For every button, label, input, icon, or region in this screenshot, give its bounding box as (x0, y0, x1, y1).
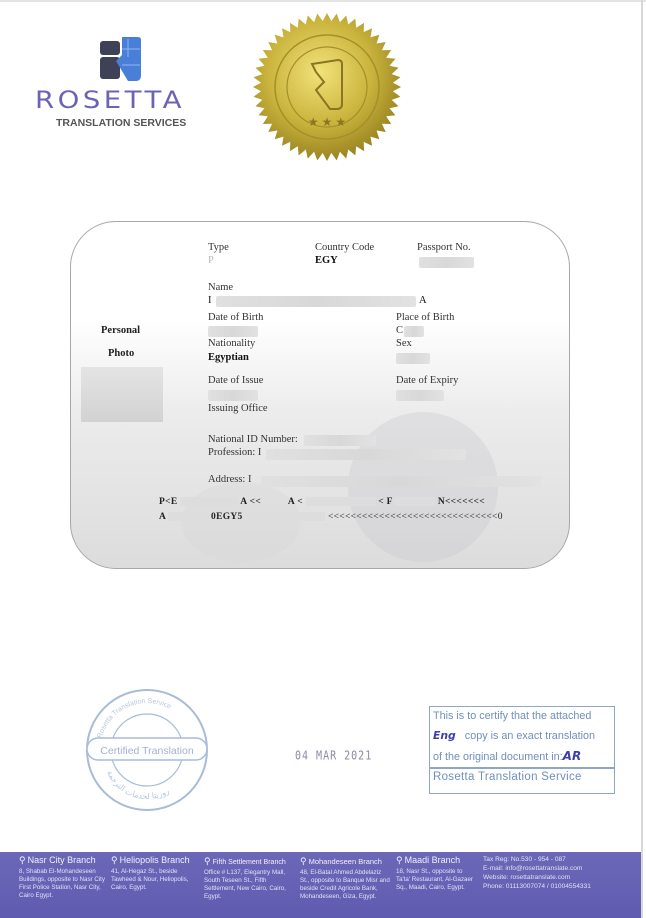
watermark (181, 482, 301, 562)
name-value-start: I (208, 295, 212, 306)
brand-subtitle: TRANSLATION SERVICES (56, 117, 186, 129)
branch-fifth-settlement: ⚲Fifth Settlement Branch Office # L137, … (204, 855, 294, 901)
mrz-line-1: P<E A << A < < F N<<<<<<< (159, 497, 485, 507)
name-label: Name (208, 282, 233, 293)
certify-line-2: Eng copy is an exact translation (433, 729, 595, 742)
nationality-label: Nationality (208, 338, 255, 349)
handwritten-source-language: Eng (433, 729, 456, 742)
type-value: P (208, 255, 214, 266)
redacted-date-of-issue (208, 390, 258, 401)
redacted-national-id (304, 435, 376, 446)
redacted-date-of-expiry (396, 390, 444, 401)
phone: Phone: 01113007074 / 01004554331 (483, 882, 591, 891)
place-of-birth-value: C (396, 325, 403, 336)
address-label: Address: I (208, 474, 251, 485)
redacted-profession (266, 449, 466, 460)
branch-nasr-city: ⚲Nasr City Branch 8, Shabab El-Mohandese… (19, 855, 107, 900)
redacted-address (261, 476, 541, 487)
national-id-label: National ID Number: (208, 434, 298, 445)
place-of-birth-label: Place of Birth (396, 312, 454, 323)
photo-label: Personal (101, 325, 140, 336)
redacted-place-of-birth (404, 326, 424, 337)
photo-label: Photo (108, 348, 134, 359)
rosetta-logo: ROSETTA TRANSLATION SERVICES (30, 33, 210, 133)
date-of-expiry-label: Date of Expiry (396, 375, 458, 386)
sex-label: Sex (396, 338, 412, 349)
branch-maadi: ⚲Maadi Branch 18, Nasr St., opposite to … (396, 855, 478, 892)
certify-line-1: This is to certify that the attached (433, 710, 591, 722)
gold-seal-icon: ★ ★ ★ (250, 12, 404, 162)
brand-name: ROSETTA (35, 86, 236, 114)
contact-info: Tax Reg: No.530 - 954 - 087 E-mail: info… (483, 855, 591, 891)
date-of-issue-label: Date of Issue (208, 375, 263, 386)
website-link[interactable]: Website: rosettatranslate.com (483, 873, 591, 882)
location-pin-icon: ⚲ (396, 855, 403, 865)
redacted-sex (396, 353, 430, 364)
photo-placeholder (81, 367, 163, 422)
type-label: Type (208, 242, 229, 253)
svg-text:Certified Translation: Certified Translation (100, 745, 194, 757)
handwritten-target-language: AR (563, 749, 582, 763)
certify-line-3: of the original document in:AR (433, 749, 581, 763)
page-edge (0, 0, 646, 2)
location-pin-icon: ⚲ (19, 855, 26, 865)
redacted-dob (208, 326, 258, 337)
certified-translation-stamp-icon: Certified Translation Rosetta Translatio… (82, 686, 212, 814)
branch-heliopolis: ⚲Heliopolis Branch 41, Al-Hegaz St., bes… (111, 855, 195, 892)
location-pin-icon: ⚲ (300, 856, 307, 866)
certification-stamp: This is to certify that the attached Eng… (429, 706, 615, 794)
branch-mohandeseen: ⚲Mohandeseen Branch 48, El-Batal Ahmed A… (300, 855, 392, 901)
rosetta-r-logo-icon (98, 35, 142, 83)
tax-reg: Tax Reg: No.530 - 954 - 087 (483, 855, 591, 864)
dob-label: Date of Birth (208, 312, 263, 323)
location-pin-icon: ⚲ (111, 855, 118, 865)
redacted-passport-no (419, 257, 474, 268)
nationality-value: Egyptian (208, 352, 249, 363)
redacted-name (216, 296, 416, 307)
divider (430, 767, 614, 769)
svg-text:★ ★ ★: ★ ★ ★ (308, 115, 346, 129)
location-pin-icon: ⚲ (204, 856, 211, 866)
passport-translation-card: Personal Photo Type P Country Code EGY P… (70, 221, 570, 569)
email-link[interactable]: E-mail: info@rosettatranslate.com (483, 864, 591, 873)
certify-service-name: Rosetta Translation Service (433, 771, 582, 783)
name-value-end: A (419, 295, 427, 306)
footer: ⚲Nasr City Branch 8, Shabab El-Mohandese… (0, 852, 641, 918)
passport-no-label: Passport No. (417, 242, 471, 253)
issuing-office-label: Issuing Office (208, 403, 268, 414)
date-stamp: 04 MAR 2021 (295, 750, 372, 764)
mrz-line-2: A 0EGY5 <<<<<<<<<<<<<<<<<<<<<<<<<<<<<<0 (159, 512, 503, 522)
country-code-value: EGY (315, 255, 338, 266)
page-edge (641, 0, 643, 918)
profession-label: Profession: I (208, 447, 261, 458)
country-code-label: Country Code (315, 242, 374, 253)
